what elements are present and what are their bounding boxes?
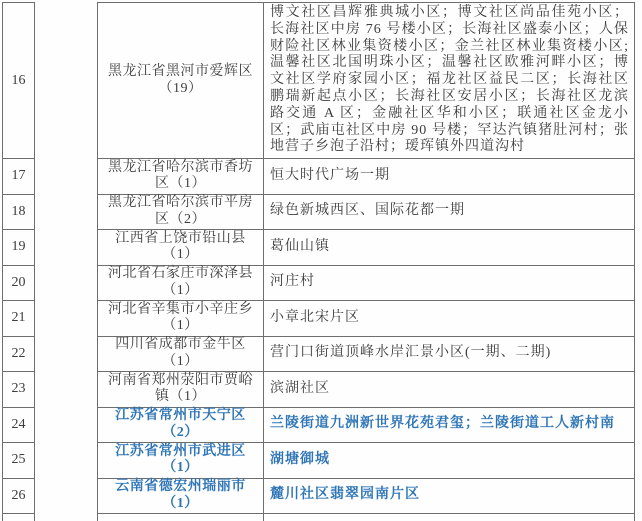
- communities-cell: 湖塘御城: [264, 443, 634, 478]
- communities-cell: 恒大时代广场一期: [264, 159, 634, 194]
- region-cell: 河南省郑州荥阳市贾峪镇（1）: [98, 372, 264, 407]
- table-row: 黑龙江省哈尔滨市香坊区（1） 恒大时代广场一期: [97, 159, 635, 195]
- communities-cell: 兰陵街道九洲新世界花苑君玺；兰陵街道工人新村南: [264, 408, 634, 443]
- region-name: 黑龙江省黑河市爱辉区（19）: [105, 64, 257, 97]
- communities-text: 恒大时代广场一期: [270, 168, 629, 185]
- region-name: 黑龙江省哈尔滨市平房区（2）: [105, 195, 257, 228]
- communities-cell: 河庄村: [264, 266, 634, 301]
- region-community-table: 黑龙江省黑河市爱辉区（19） 博文社区昌辉雅典城小区；博文社区尚品佳苑小区；长海…: [97, 2, 635, 521]
- table-row: 黑龙江省黑河市爱辉区（19） 博文社区昌辉雅典城小区；博文社区尚品佳苑小区；长海…: [97, 3, 635, 159]
- row-number-cell: 22: [2, 337, 35, 373]
- region-name: 江西省上饶市铅山县（1）: [105, 231, 257, 264]
- row-number-column: 16 17 18 19 20 21 22 23 24 25 26: [2, 2, 35, 521]
- row-number: 25: [12, 452, 26, 468]
- communities-text: 小章北宋片区: [270, 310, 629, 327]
- row-number-cell: 17: [2, 159, 35, 195]
- region-cell: 黑龙江省哈尔滨市香坊区（1）: [98, 159, 264, 194]
- communities-cell: 麓川社区翡翠园南片区: [264, 479, 634, 514]
- region-cell: 云南省德宏州瑞丽市（1）: [98, 479, 264, 514]
- region-cell: 黑龙江省哈尔滨市平房区（2）: [98, 195, 264, 230]
- region-name: 黑龙江省哈尔滨市香坊区（1）: [105, 160, 257, 193]
- row-number-cell: 16: [2, 3, 35, 159]
- region-name: 江苏省常州市武进区（1）: [105, 444, 257, 477]
- communities-text: 绿色新城西区、国际花都一期: [270, 203, 629, 220]
- region-cell: 四川省成都市金牛区（1）: [98, 337, 264, 372]
- table-row: 四川省成都市金牛区（1） 营门口街道顶峰水岸汇景小区(一期、二期): [97, 337, 635, 373]
- communities-cell: 博文社区昌辉雅典城小区；博文社区尚品佳苑小区；长海社区中房 76 号楼小区；长海…: [264, 3, 634, 158]
- region-cell: 黑龙江省黑河市爱辉区（19）: [98, 3, 264, 158]
- community-list-table: 16 17 18 19 20 21 22 23 24 25 26 黑龙江省黑河市…: [0, 0, 642, 521]
- region-name: 河南省郑州荥阳市贾峪镇（1）: [105, 373, 257, 406]
- row-number-cell: 21: [2, 301, 35, 337]
- region-name: 四川省成都市金牛区（1）: [105, 337, 257, 370]
- row-number: 20: [12, 275, 26, 291]
- cut-off-region-cell: [98, 514, 264, 521]
- communities-cell: 绿色新城西区、国际花都一期: [264, 195, 634, 230]
- communities-cell: 滨湖社区: [264, 372, 634, 407]
- communities-text: 兰陵街道九洲新世界花苑君玺；兰陵街道工人新村南: [270, 416, 629, 433]
- table-row: 江西省上饶市铅山县（1） 葛仙山镇: [97, 230, 635, 266]
- communities-text: 湖塘御城: [270, 452, 629, 469]
- region-cell: 江苏省常州市武进区（1）: [98, 443, 264, 478]
- table-row: 河北省石家庄市深泽县（1） 河庄村: [97, 266, 635, 302]
- communities-text: 滨湖社区: [270, 381, 629, 398]
- communities-cell: 葛仙山镇: [264, 230, 634, 265]
- row-number-cell: 25: [2, 443, 35, 479]
- row-number-cell: 24: [2, 408, 35, 444]
- table-row: 河南省郑州荥阳市贾峪镇（1） 滨湖社区: [97, 372, 635, 408]
- region-name: 云南省德宏州瑞丽市（1）: [105, 479, 257, 512]
- row-number-cell: 26: [2, 479, 35, 515]
- cut-off-row-sliver: [2, 514, 35, 521]
- row-number: 23: [12, 381, 26, 397]
- region-name: 河北省石家庄市深泽县（1）: [105, 266, 257, 299]
- row-number: 16: [12, 73, 26, 89]
- table-row: 云南省德宏州瑞丽市（1） 麓川社区翡翠园南片区: [97, 479, 635, 515]
- row-number-cell: 23: [2, 372, 35, 408]
- cut-off-row-sliver: [97, 514, 635, 521]
- region-name: 河北省辛集市小辛庄乡（1）: [105, 302, 257, 335]
- row-number: 21: [12, 310, 26, 326]
- table-row: 江苏省常州市天宁区（2） 兰陵街道九洲新世界花苑君玺；兰陵街道工人新村南: [97, 408, 635, 444]
- cut-off-communities-cell: [264, 514, 634, 521]
- communities-text: 麓川社区翡翠园南片区: [270, 487, 629, 504]
- row-number: 24: [12, 417, 26, 433]
- communities-text: 河庄村: [270, 274, 629, 291]
- communities-cell: 小章北宋片区: [264, 301, 634, 336]
- region-cell: 河北省石家庄市深泽县（1）: [98, 266, 264, 301]
- region-cell: 江苏省常州市天宁区（2）: [98, 408, 264, 443]
- row-number-cell: 20: [2, 266, 35, 302]
- region-cell: 河北省辛集市小辛庄乡（1）: [98, 301, 264, 336]
- row-number: 19: [12, 239, 26, 255]
- region-name: 江苏省常州市天宁区（2）: [105, 408, 257, 441]
- communities-text: 葛仙山镇: [270, 239, 629, 256]
- row-number-cell: 19: [2, 230, 35, 266]
- region-cell: 江西省上饶市铅山县（1）: [98, 230, 264, 265]
- table-row: 江苏省常州市武进区（1） 湖塘御城: [97, 443, 635, 479]
- row-number: 22: [12, 346, 26, 362]
- table-row: 黑龙江省哈尔滨市平房区（2） 绿色新城西区、国际花都一期: [97, 195, 635, 231]
- row-number: 17: [12, 168, 26, 184]
- communities-text: 博文社区昌辉雅典城小区；博文社区尚品佳苑小区；长海社区中房 76 号楼小区；长海…: [270, 5, 629, 156]
- row-number-cell: 18: [2, 195, 35, 231]
- table-row: 河北省辛集市小辛庄乡（1） 小章北宋片区: [97, 301, 635, 337]
- communities-cell: 营门口街道顶峰水岸汇景小区(一期、二期): [264, 337, 634, 372]
- communities-text: 营门口街道顶峰水岸汇景小区(一期、二期): [270, 345, 629, 362]
- row-number: 26: [12, 488, 26, 504]
- row-number: 18: [12, 204, 26, 220]
